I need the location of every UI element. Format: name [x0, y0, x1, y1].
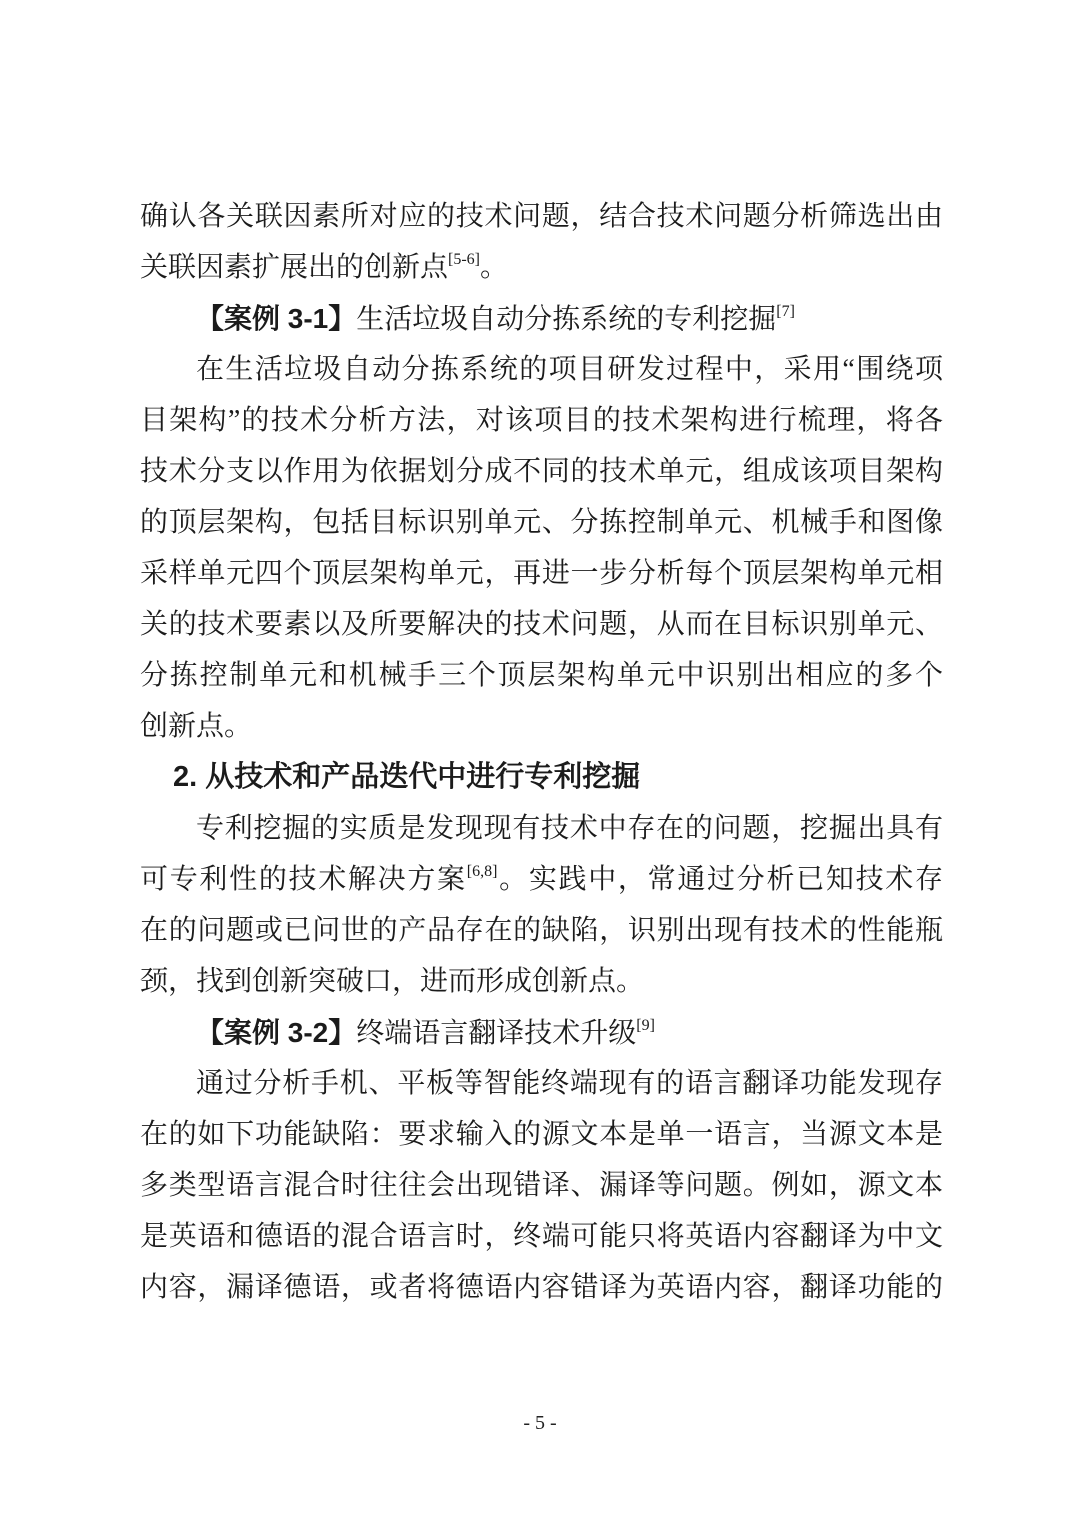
body-text: 目架构”的技术分析方法，对该项目的技术架构进行梳理，将各: [140, 405, 943, 436]
body-text: 多类型语言混合时往往会出现错译、漏译等问题。例如，源文本: [140, 1170, 943, 1201]
text-line: 专利挖掘的实质是发现现有技术中存在的问题，挖掘出具有: [140, 803, 943, 854]
text-line: 在的问题或已问世的产品存在的缺陷，识别出现有技术的性能瓶: [140, 905, 943, 956]
body-text: 技术分支以作用为依据划分成不同的技术单元，组成该项目架构: [140, 456, 943, 487]
body-text: 。: [480, 252, 508, 283]
text-line: 通过分析手机、平板等智能终端现有的语言翻译功能发现存: [140, 1058, 943, 1109]
body-text: 可专利性的技术解决方案: [140, 864, 467, 895]
body-text: 颈，找到创新突破口，进而形成创新点。: [140, 966, 644, 997]
section-heading-text: 2. 从技术和产品迭代中进行专利挖掘: [173, 761, 640, 793]
body-text: 在生活垃圾自动分拣系统的项目研发过程中，采用“围绕项: [196, 354, 943, 385]
text-line: 确认各关联因素所对应的技术问题，结合技术问题分析筛选出由: [140, 191, 943, 242]
body-text: 关的技术要素以及所要解决的技术问题，从而在目标识别单元、: [140, 609, 943, 640]
text-line: 分拣控制单元和机械手三个顶层架构单元中识别出相应的多个: [140, 650, 943, 701]
body-text: 分拣控制单元和机械手三个顶层架构单元中识别出相应的多个: [140, 660, 943, 691]
text-line: 目架构”的技术分析方法，对该项目的技术架构进行梳理，将各: [140, 395, 943, 446]
body-text: 关联因素扩展出的创新点: [140, 252, 448, 283]
body-text: 是英语和德语的混合语言时，终端可能只将英语内容翻译为中文: [140, 1221, 943, 1252]
body-text: 采样单元四个顶层架构单元，再进一步分析每个顶层架构单元相: [140, 558, 943, 589]
text-line: 创新点。: [140, 701, 943, 752]
case-heading-3-2: 【案例 3-2】终端语言翻译技术升级[9]: [140, 1007, 943, 1058]
text-line: 关联因素扩展出的创新点[5-6]。: [140, 242, 943, 293]
body-text: 通过分析手机、平板等智能终端现有的语言翻译功能发现存: [196, 1068, 943, 1099]
body-text: 在的问题或已问世的产品存在的缺陷，识别出现有技术的性能瓶: [140, 915, 943, 946]
text-line: 在生活垃圾自动分拣系统的项目研发过程中，采用“围绕项: [140, 344, 943, 395]
case-heading-3-1: 【案例 3-1】生活垃圾自动分拣系统的专利挖掘[7]: [140, 293, 943, 344]
text-line: 可专利性的技术解决方案[6,8]。实践中，常通过分析已知技术存: [140, 854, 943, 905]
body-text: 确认各关联因素所对应的技术问题，结合技术问题分析筛选出由: [140, 201, 943, 232]
text-line: 内容，漏译德语，或者将德语内容错译为英语内容，翻译功能的: [140, 1262, 943, 1313]
case-title: 生活垃圾自动分拣系统的专利挖掘: [356, 304, 776, 335]
footnote-ref: [6,8]: [467, 863, 498, 880]
body-text: 专利挖掘的实质是发现现有技术中存在的问题，挖掘出具有: [196, 813, 943, 844]
text-line: 颈，找到创新突破口，进而形成创新点。: [140, 956, 943, 1007]
text-line: 多类型语言混合时往往会出现错译、漏译等问题。例如，源文本: [140, 1160, 943, 1211]
text-block: 确认各关联因素所对应的技术问题，结合技术问题分析筛选出由关联因素扩展出的创新点[…: [140, 191, 943, 1313]
footnote-ref: [7]: [776, 303, 795, 320]
body-text: 在的如下功能缺陷：要求输入的源文本是单一语言，当源文本是: [140, 1119, 943, 1150]
footnote-ref: [9]: [636, 1017, 655, 1034]
text-line: 技术分支以作用为依据划分成不同的技术单元，组成该项目架构: [140, 446, 943, 497]
text-line: 在的如下功能缺陷：要求输入的源文本是单一语言，当源文本是: [140, 1109, 943, 1160]
body-text: 的顶层架构，包括目标识别单元、分拣控制单元、机械手和图像: [140, 507, 943, 538]
text-line: 是英语和德语的混合语言时，终端可能只将英语内容翻译为中文: [140, 1211, 943, 1262]
case-label: 【案例 3-1】: [196, 303, 356, 334]
body-text: 。实践中，常通过分析已知技术存: [497, 864, 943, 895]
body-text: 创新点。: [140, 711, 252, 742]
footnote-ref: [5-6]: [448, 251, 480, 268]
text-line: 关的技术要素以及所要解决的技术问题，从而在目标识别单元、: [140, 599, 943, 650]
page-number: - 5 -: [0, 1412, 1080, 1435]
case-title: 终端语言翻译技术升级: [356, 1018, 636, 1049]
case-label: 【案例 3-2】: [196, 1017, 356, 1048]
document-page: 确认各关联因素所对应的技术问题，结合技术问题分析筛选出由关联因素扩展出的创新点[…: [0, 0, 1080, 1527]
body-text: 内容，漏译德语，或者将德语内容错译为英语内容，翻译功能的: [140, 1272, 943, 1303]
text-line: 采样单元四个顶层架构单元，再进一步分析每个顶层架构单元相: [140, 548, 943, 599]
section-heading-2: 2. 从技术和产品迭代中进行专利挖掘: [140, 752, 943, 803]
text-line: 的顶层架构，包括目标识别单元、分拣控制单元、机械手和图像: [140, 497, 943, 548]
